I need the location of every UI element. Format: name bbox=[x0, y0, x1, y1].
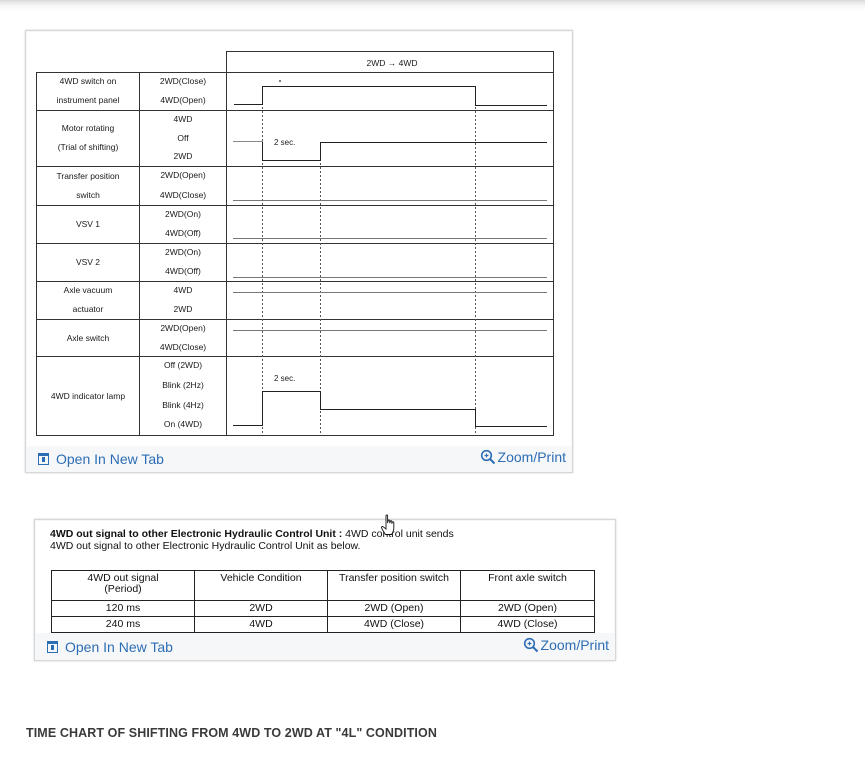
signal-table-figure: 4WD out signal to other Electronic Hydra… bbox=[34, 519, 616, 661]
figure2-footer: Open In New Tab Zoom/Print bbox=[35, 634, 615, 660]
figure1-footer: Open In New Tab Zoom/Print bbox=[26, 446, 572, 472]
signal-table-image: 4WD out signal to other Electronic Hydra… bbox=[36, 521, 614, 633]
signal-name-label: 4WD indicator lamp bbox=[37, 387, 139, 405]
signal-description-bold: 4WD out signal to other Electronic Hydra… bbox=[50, 528, 342, 540]
signal-states-label: Off (2WD) Blink (2Hz) Blink (4Hz) On (4W… bbox=[140, 356, 226, 435]
signal-states-label: 2WD(On) 4WD(Off) bbox=[140, 243, 226, 281]
zoom-print-link[interactable]: Zoom/Print bbox=[480, 449, 566, 465]
open-in-new-tab-link[interactable]: Open In New Tab bbox=[47, 639, 173, 655]
signal-name-label: 4WD switch on instrument panel bbox=[37, 72, 139, 110]
open-new-tab-icon bbox=[38, 453, 49, 465]
column-header: Vehicle Condition bbox=[195, 571, 328, 601]
signal-states-label: 4WD 2WD bbox=[140, 281, 226, 319]
signal-states-label: 4WD Off 2WD bbox=[140, 110, 226, 166]
signal-name-label: Transfer position switch bbox=[37, 167, 139, 205]
chart-title: 2WD → 4WD bbox=[367, 58, 418, 68]
top-shadow-bar bbox=[0, 0, 865, 12]
table-cell: 240 ms bbox=[52, 617, 195, 633]
open-new-tab-icon bbox=[47, 641, 58, 653]
signal-description: 4WD out signal to other Electronic Hydra… bbox=[50, 529, 470, 552]
lamp-duration-label: 2 sec. bbox=[274, 374, 295, 383]
signal-name-label: Motor rotating (Trial of shifting) bbox=[37, 119, 139, 157]
zoom-in-icon bbox=[480, 449, 496, 465]
table-row: 240 ms 4WD 4WD (Close) 4WD (Close) bbox=[52, 617, 595, 633]
table-cell: 4WD (Close) bbox=[328, 617, 461, 633]
table-cell: 2WD (Open) bbox=[461, 601, 595, 617]
table-cell: 4WD bbox=[195, 617, 328, 633]
signal-states-label: 2WD(On) 4WD(Off) bbox=[140, 205, 226, 243]
column-header: Front axle switch bbox=[461, 571, 595, 601]
signal-table: 4WD out signal (Period) Vehicle Conditio… bbox=[51, 570, 595, 633]
signal-name-label: VSV 2 bbox=[37, 253, 139, 271]
signal-states-label: 2WD(Open) 4WD(Close) bbox=[140, 319, 226, 356]
table-cell: 120 ms bbox=[52, 601, 195, 617]
section-heading: TIME CHART OF SHIFTING FROM 4WD TO 2WD A… bbox=[26, 726, 437, 740]
hand-cursor-icon bbox=[380, 514, 398, 536]
open-in-new-tab-link[interactable]: Open In New Tab bbox=[38, 451, 164, 467]
signal-states-label: 2WD(Close) 4WD(Open) bbox=[140, 72, 226, 110]
signal-table-header-row: 4WD out signal (Period) Vehicle Conditio… bbox=[52, 571, 595, 601]
signal-name-label: Axle switch bbox=[37, 329, 139, 347]
table-row: 120 ms 2WD 2WD (Open) 2WD (Open) bbox=[52, 601, 595, 617]
zoom-print-label: Zoom/Print bbox=[541, 637, 609, 653]
table-cell: 2WD bbox=[195, 601, 328, 617]
column-header: Transfer position switch bbox=[328, 571, 461, 601]
motor-duration-label: 2 sec. bbox=[274, 138, 295, 147]
table-cell: 4WD (Close) bbox=[461, 617, 595, 633]
time-chart-figure: 2WD → 4WD 2 sec. 2 sec. 4WD switch on in… bbox=[25, 30, 573, 473]
zoom-in-icon bbox=[523, 637, 539, 653]
zoom-print-label: Zoom/Print bbox=[498, 449, 566, 465]
signal-name-label: VSV 1 bbox=[37, 215, 139, 233]
signal-name-label: Axle vacuum actuator bbox=[37, 281, 139, 319]
time-chart-image: 2WD → 4WD 2 sec. 2 sec. 4WD switch on in… bbox=[27, 32, 571, 446]
zoom-print-link[interactable]: Zoom/Print bbox=[523, 637, 609, 653]
signal-states-label: 2WD(Open) 4WD(Close) bbox=[140, 166, 226, 205]
open-in-new-tab-label: Open In New Tab bbox=[65, 639, 173, 655]
column-header: 4WD out signal (Period) bbox=[52, 571, 195, 601]
table-cell: 2WD (Open) bbox=[328, 601, 461, 617]
open-in-new-tab-label: Open In New Tab bbox=[56, 451, 164, 467]
